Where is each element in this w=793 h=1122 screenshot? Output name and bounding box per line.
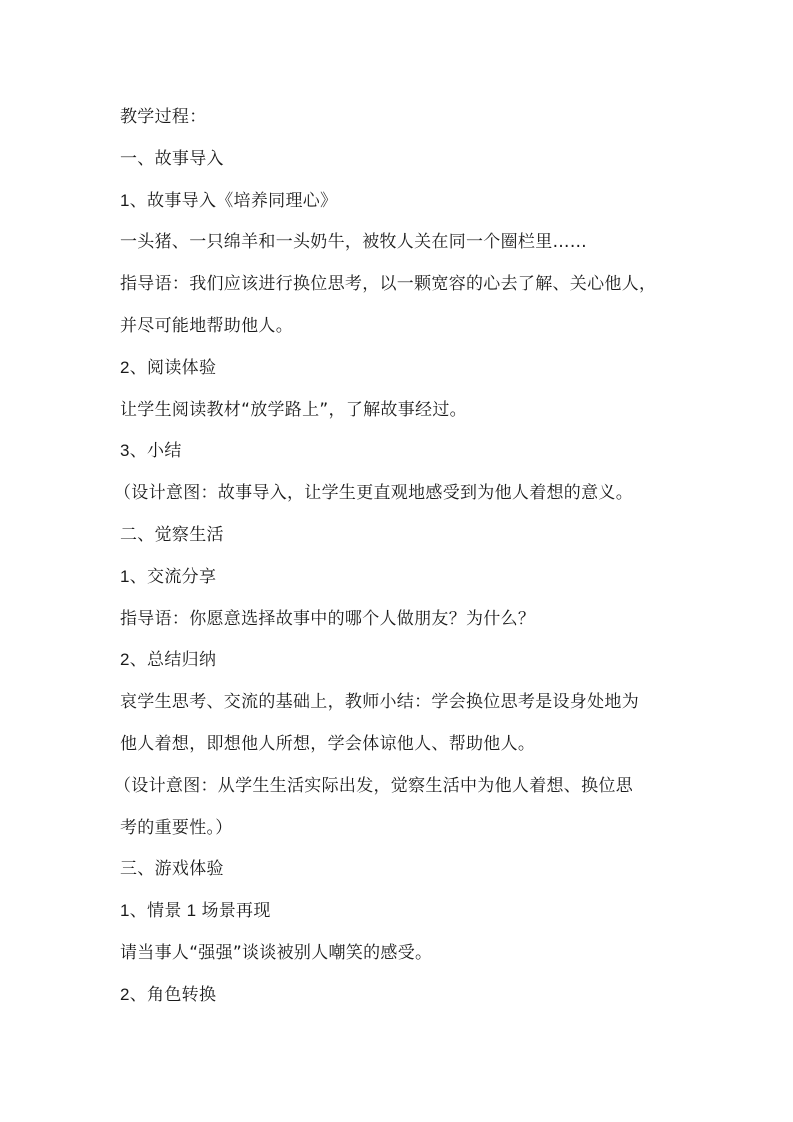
subheading-scenario-1: 1、情景 1 场景再现 (120, 898, 680, 940)
subheading-share: 1、交流分享 (120, 564, 680, 606)
design-intent-note-2-cont: 考的重要性。） (120, 815, 680, 857)
paragraph-conclusion-cont: 他人着想，即想他人所想，学会体谅他人、帮助他人。 (120, 731, 680, 773)
section-observe-life: 二、觉察生活 (120, 522, 680, 564)
paragraph-conclusion: 哀学生思考、交流的基础上，教师小结：学会换位思考是设身处地为 (120, 689, 680, 731)
subheading-story-intro: 1、故事导入《培养同理心》 (120, 188, 680, 230)
paragraph-guidance-1-cont: 并尽可能地帮助他人。 (120, 313, 680, 355)
subheading-summary: 3、小结 (120, 438, 680, 480)
paragraph-reading: 让学生阅读教材“放学路上”，了解故事经过。 (120, 397, 680, 439)
paragraph-story: 一头猪、一只绵羊和一头奶牛，被牧人关在同一个圈栏里…… (120, 229, 680, 271)
subheading-reading: 2、阅读体验 (120, 355, 680, 397)
paragraph-guidance-2: 指导语：你愿意选择故事中的哪个人做朋友？为什么？ (120, 606, 680, 648)
paragraph-guidance-1: 指导语：我们应该进行换位思考，以一颗宽容的心去了解、关心他人， (120, 271, 680, 313)
subheading-conclude: 2、总结归纳 (120, 647, 680, 689)
design-intent-note-1: （设计意图：故事导入，让学生更直观地感受到为他人着想的意义。 (114, 480, 680, 522)
section-story-intro: 一、故事导入 (120, 146, 680, 188)
section-game-experience: 三、游戏体验 (120, 856, 680, 898)
subheading-role-switch: 2、角色转换 (120, 982, 680, 1024)
design-intent-note-2: （设计意图：从学生生活实际出发，觉察生活中为他人着想、换位思 (114, 773, 680, 815)
document-page: 教学过程： 一、故事导入 1、故事导入《培养同理心》 一头猪、一只绵羊和一头奶牛… (120, 104, 680, 1024)
paragraph-scenario-1: 请当事人“强强”谈谈被别人嘲笑的感受。 (120, 940, 680, 982)
lesson-process-heading: 教学过程： (120, 104, 680, 146)
